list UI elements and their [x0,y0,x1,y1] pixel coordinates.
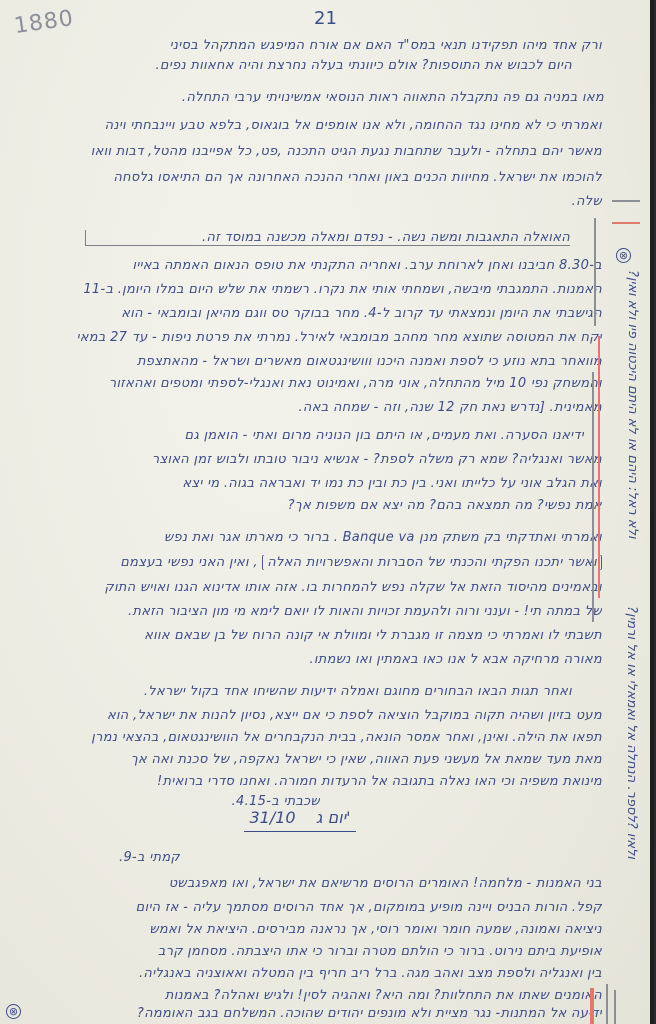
text-line: ואמרתי כי לא מחינו נגד ההחומה, ולא אנו א… [42,118,602,133]
text-line: להוכמו את ישראל. מחיוות הכנים באון ואחרי… [42,170,602,185]
margin-dash [612,200,640,202]
text-line: יקח את המטוסה שתוצא מחר מחהב מבומבאי לאי… [42,330,602,345]
text-line: בין ואנגליה ולספת מצב ואהב מגה. ברל ריב … [42,966,602,981]
date-heading: 31/10 יום ג' [244,808,356,832]
margin-note-upper: ולא ראל: היהם או לא היתם היכטוה פיו ולא … [625,270,640,539]
text-line: ובאמינים מהיסוד הזאת אל שקלה נפש להמחרות… [42,580,602,595]
text-line: מאמינית. [נדרש נאת חק 12 שנה, וזה - שמחה… [42,400,602,415]
text-line: מינואת משפיה וכי האו נאלה בתגובה אל הרעד… [42,774,602,789]
day: יום ג' [316,808,351,827]
page-number: 21 [314,8,337,29]
text-line: ואמרתי ואתדקתי בק משתק מנן Banque va . ב… [42,530,602,545]
text-line: ואת הגלב אוני על כלייתו ואני. בין כת ובי… [42,476,602,491]
text-line: תפאו את הילה. ואינן, ואחר אמסר הונאה, בב… [42,730,602,745]
text-line: ב-8.30 חביבנו ואחן לארוחת ערב. ואחריה הת… [42,258,602,273]
margin-pencil-line [614,990,616,1024]
text-line: ורק אחד מיהו תפקידנו תנאי במס"ד האם אם א… [42,38,602,53]
boxed-phrase: ואשר יתכנו הפקתי והכנתי של הסברות והאפשר… [262,555,602,570]
text-line: מוואחר בתא נוזע כי לספת ואמנה היכנו וווש… [42,354,602,369]
text-line: תשבתי לו ואמרתי כי מצמה זו מגברת לי ומוו… [42,628,602,643]
text-line: והמשחק נפי 10 מיל מהתחלה, אוני מרה, ואמי… [42,376,602,391]
cross-circle-icon: ⊗ [6,1004,21,1019]
text-line: ידיאנו הסערה. ואת מעמים, או היתם בון הנו… [44,428,584,443]
text-line: שלה. [542,194,602,209]
text-line: ואחר תגות הבאו הבחורים מחוגם ואמלה ידיעו… [42,684,572,699]
text-line: שכבתי ב-4.15. [190,794,320,809]
margin-pencil-line [606,984,608,1024]
margin-pencil-line [592,372,594,622]
margin-pencil-line [594,218,596,326]
text-line: ואשר יתכנו הפקתי והכנתי של הסברות והאפשר… [42,555,602,570]
text-line: מאשר יהם בתחלה - ולעבר שתחבות נגעת הגיט … [42,144,602,159]
cross-circle-icon: ⊗ [616,248,631,263]
text-line: מאו במניה גם פה נתקבלה התאווה ראות הנוסא… [84,90,604,105]
text-line: של במתה תי! - וענני ורוה ולהעמת זכויות ו… [42,604,602,619]
text-line: הגישבתי את היומן ונמצאתי עד קרוב ל-4. מח… [42,306,602,321]
text-line: קמתי ב-9. [90,850,180,865]
text-line: מאורה מרחיקה אבא ל אנו כאו באמתין ואו נש… [42,652,602,667]
text-line: קפל. הורות הבניס ויינה מופיע במומקום, אך… [42,900,602,915]
date: 31/10 [249,808,295,827]
text-line: בני האמנות - מלחמה! האומרים הרוסים מרשיא… [42,876,602,891]
diary-page: 1880 21 ורק אחד מיהו תפקידנו תנאי במס"ד … [0,0,654,1024]
text-line: אופיעת ביתם נירוט. ברור כי הולתם מטרה וב… [42,944,602,959]
text-line: אמת נפשי? מה תמצאה בהם? מה יצא אם משפות … [42,498,602,513]
margin-dash [612,222,640,224]
bracketed-note: האואלה התאגבות ומשה נשה. - נפדם ומאלה מכ… [85,230,570,246]
margin-red-line [590,988,594,1024]
text-line: מאת מעד שמאת אל מעשני פעת האווה, שאין כי… [42,752,602,767]
archive-number: 1880 [13,6,76,39]
margin-note-lower: ולאיו ?לספר. הנחלה אל ואמאלי או אל ורמין… [623,605,640,860]
text-line: ניציאה ואמונה, שמעה חומר ואומר רוסי, אך … [42,922,602,937]
text-line: היום לכבוש את התוספות? אולם כיוונתי בעלה… [42,58,572,73]
text-line: מאשר ואנגליה? שמא רק משלה לספת? - אנשיא … [42,452,602,467]
text-line: ידיעה אל המתנות- נגר מציית ולא מונפים יה… [42,1006,602,1021]
margin-red-line [598,336,600,598]
text-line: מעט בזיון ושהיה תקוה במוקבל הוציאה לספת … [42,708,602,723]
text-line: האמנות. התמגבתי מיבשה, ושמחתי אותי את נק… [42,282,602,297]
text-line: האומנים שאתו את התחלוות? ומה היא? ואהגיה… [42,988,602,1003]
